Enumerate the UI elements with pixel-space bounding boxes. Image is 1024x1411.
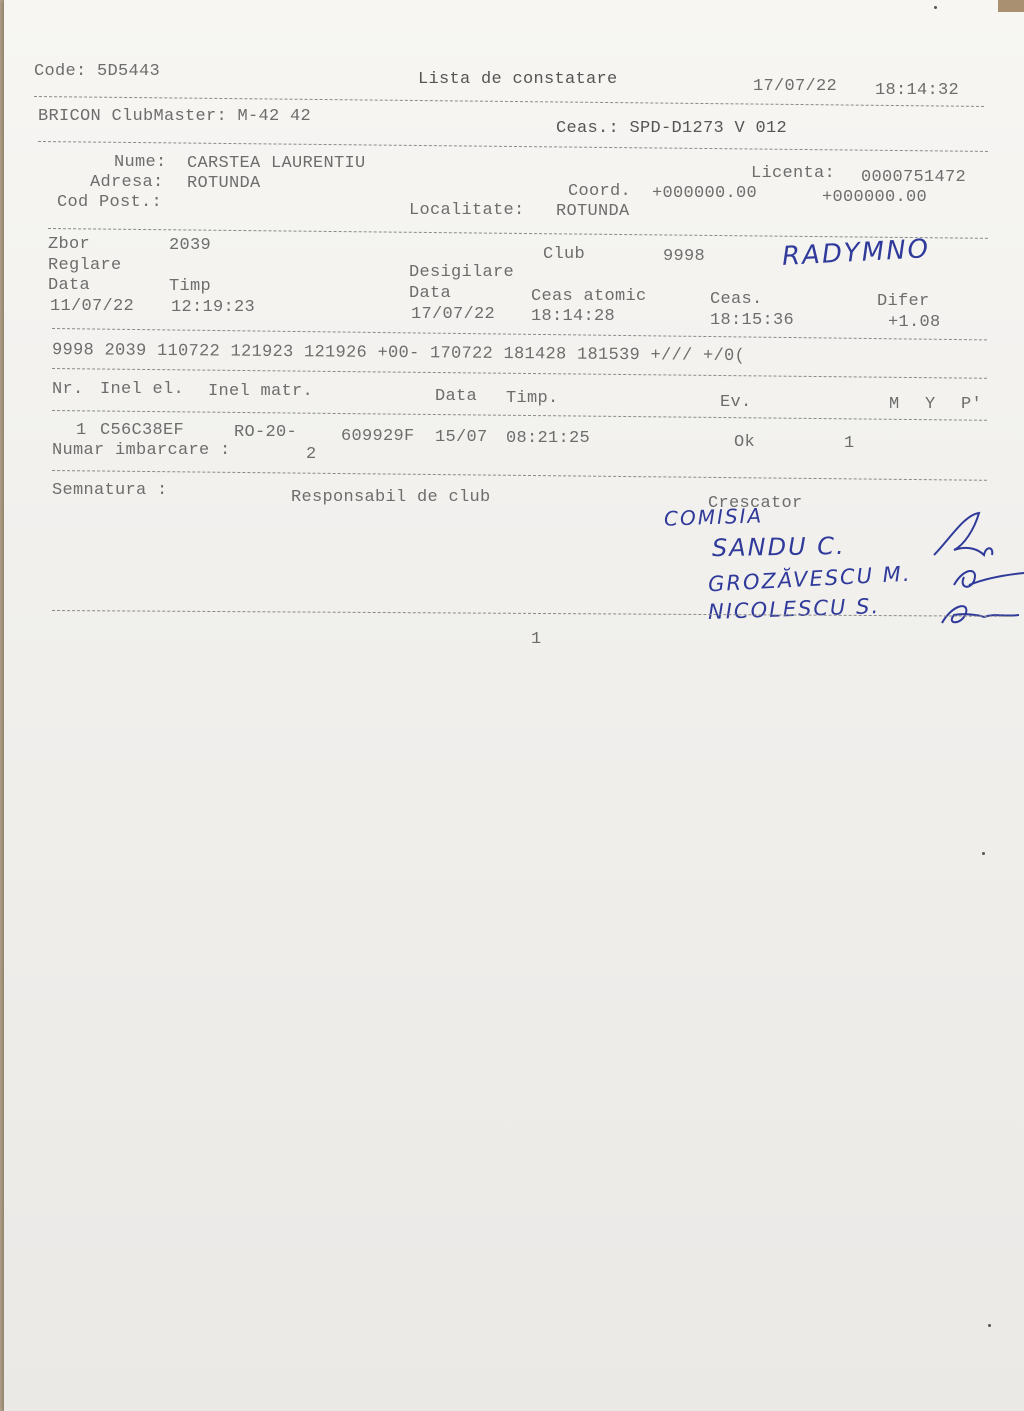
handwritten-committee: COMISIA <box>664 503 764 530</box>
unseal-date-label: Data <box>409 284 451 303</box>
unseal-atomic-label: Ceas atomic <box>531 287 647 306</box>
col-header-m: M <box>889 395 900 414</box>
divider <box>52 368 987 379</box>
divider <box>38 141 988 152</box>
cell-nr: 1 <box>76 421 87 440</box>
col-header-time: Timp. <box>506 389 559 408</box>
handwritten-club-name: RADYMNO <box>781 234 930 272</box>
document-page: Code: 5D5443 Lista de constatare 17/07/2… <box>4 0 1024 1411</box>
unseal-diff-label: Difer <box>877 292 930 311</box>
background-edge <box>998 0 1024 12</box>
divider <box>52 410 987 421</box>
coord-x: +000000.00 <box>652 184 757 203</box>
setting-time-label: Timp <box>169 277 211 296</box>
license-label: Licenta: <box>751 164 835 183</box>
basketed-count: 2 <box>306 445 317 464</box>
cell-ev-status: Ok <box>734 433 755 452</box>
document-title: Lista de constatare <box>418 70 618 89</box>
cell-time: 08:21:25 <box>506 429 590 448</box>
cell-ring-el: C56C38EF <box>100 421 184 440</box>
divider <box>52 470 987 481</box>
paper-speck <box>988 1324 991 1327</box>
address-label: Adresa: <box>90 173 164 192</box>
postcode-label: Cod Post.: <box>57 193 162 212</box>
setting-label: Reglare <box>48 256 122 275</box>
flight-label: Zbor <box>48 235 90 254</box>
col-header-p: P' <box>961 395 982 414</box>
coord-label: Coord. <box>568 182 631 201</box>
fancier-address: ROTUNDA <box>187 174 261 193</box>
club-number: 9998 <box>663 247 705 266</box>
col-header-y: Y <box>925 395 936 414</box>
divider <box>34 96 984 107</box>
name-label: Nume: <box>114 153 167 172</box>
fancier-name: CARSTEA LAURENTIU <box>187 154 366 173</box>
paper-speck <box>982 852 985 855</box>
license-number: 0000751472 <box>861 168 966 187</box>
flight-number: 2039 <box>169 236 211 255</box>
divider <box>52 328 987 340</box>
unseal-atomic-time: 18:14:28 <box>531 307 615 326</box>
clock-info: Ceas.: SPD-D1273 V 012 <box>556 119 787 138</box>
col-header-ev: Ev. <box>720 393 752 412</box>
clubmaster-info: BRICON ClubMaster: M-42 42 <box>38 107 311 126</box>
unseal-date: 17/07/22 <box>411 305 495 324</box>
page-number: 1 <box>531 630 542 649</box>
handwritten-member-3: NICOLESCU S. <box>708 594 881 624</box>
col-header-date: Data <box>435 387 477 406</box>
print-time: 18:14:32 <box>875 81 959 100</box>
signature-label: Semnatura : <box>52 481 168 500</box>
unseal-label: Desigilare <box>409 263 514 282</box>
cell-ring-matr-prefix: RO-20- <box>234 423 297 442</box>
setting-date: 11/07/22 <box>50 297 134 316</box>
cell-date: 15/07 <box>435 428 488 447</box>
handwritten-member-2: GROZĂVESCU M. <box>708 562 913 597</box>
unseal-clock-time: 18:15:36 <box>710 311 794 330</box>
paper-speck <box>934 6 937 9</box>
unseal-clock-label: Ceas. <box>710 290 763 309</box>
col-header-ring-matr: Inel matr. <box>208 382 313 401</box>
col-header-ring-el: Inel el. <box>100 380 184 399</box>
coord-y: +000000.00 <box>822 188 927 207</box>
fancier-locality: ROTUNDA <box>556 202 630 221</box>
basketed-label: Numar imbarcare : <box>52 441 231 460</box>
cell-m: 1 <box>844 434 855 453</box>
cell-ring-matr-number: 609929F <box>341 427 415 446</box>
handwritten-member-1: SANDU C. <box>712 532 846 562</box>
col-header-nr: Nr. <box>52 380 84 399</box>
club-label: Club <box>543 245 585 264</box>
setting-time: 12:19:23 <box>171 298 255 317</box>
unseal-difference: +1.08 <box>888 313 941 332</box>
locality-label: Localitate: <box>409 201 525 220</box>
setting-date-label: Data <box>48 276 90 295</box>
club-responsible-label: Responsabil de club <box>291 488 491 507</box>
raw-code-line: 9998 2039 110722 121923 121926 +00- 1707… <box>52 341 745 366</box>
print-date: 17/07/22 <box>753 77 837 96</box>
code-label: Code: 5D5443 <box>34 62 160 81</box>
